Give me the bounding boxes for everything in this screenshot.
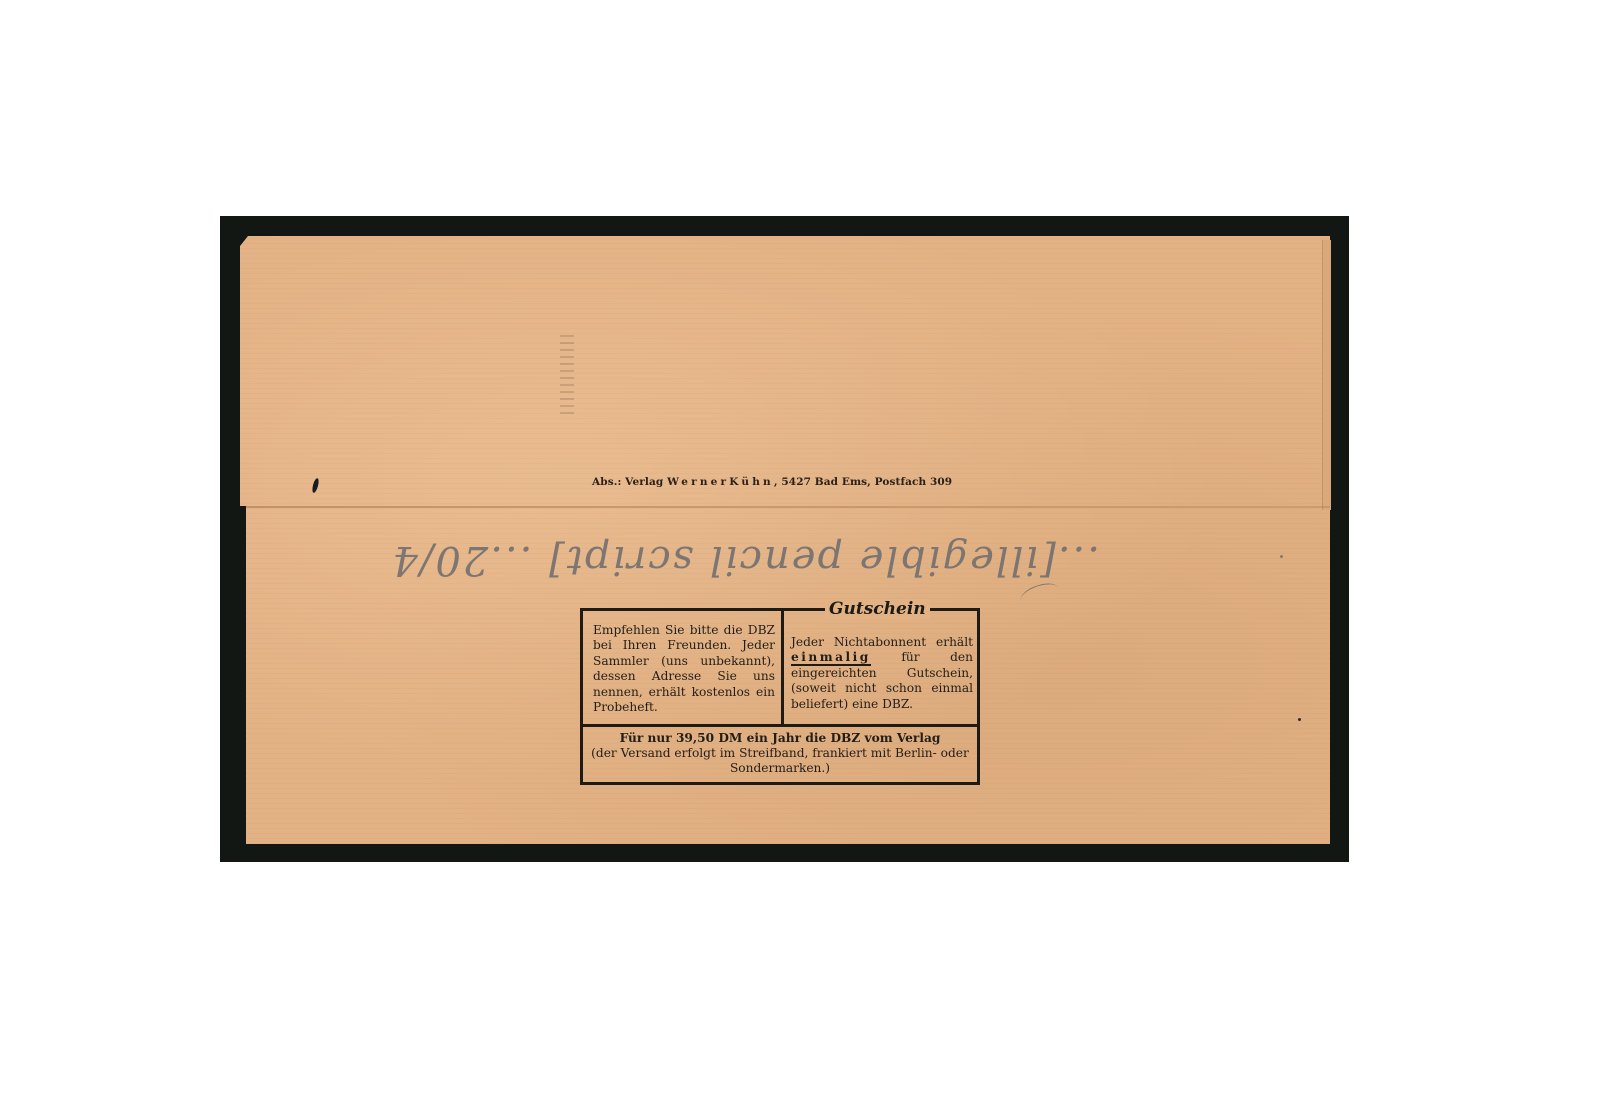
coupon-offer-text-start: Jeder Nichtabonnent erhält — [791, 635, 973, 649]
subscription-price-line: Für nur 39,50 DM ein Jahr die DBZ vom Ve… — [583, 731, 977, 746]
sender-prefix: Abs.: Verlag — [592, 476, 667, 488]
gutschein-coupon-box: Empfehlen Sie bitte die DBZ bei Ihren Fr… — [580, 608, 980, 785]
ink-speck — [1298, 718, 1301, 721]
handwriting-text: ...[illegible pencil script] ...20/4 — [390, 537, 1100, 583]
handwritten-pencil-note: ...[illegible pencil script] ...20/4 — [380, 520, 1100, 600]
coupon-emphasis: einmalig — [791, 650, 871, 666]
fold-line — [240, 506, 1330, 508]
coupon-title: Gutschein — [825, 599, 930, 619]
sender-suffix: , 5427 Bad Ems, Postfach 309 — [774, 476, 952, 488]
folded-right-strip — [1322, 240, 1331, 510]
coupon-divider — [781, 611, 784, 727]
coupon-top-row: Empfehlen Sie bitte die DBZ bei Ihren Fr… — [583, 611, 977, 727]
coupon-recommend-text: Empfehlen Sie bitte die DBZ bei Ihren Fr… — [593, 623, 775, 715]
ink-speck — [1280, 555, 1283, 558]
sender-address: Abs.: Verlag WernerKühn, 5427 Bad Ems, P… — [592, 476, 952, 488]
faint-postmark-trace — [560, 335, 574, 415]
sender-name: WernerKühn — [667, 476, 774, 488]
shipping-note: (der Versand erfolgt im Streifband, fran… — [583, 746, 977, 776]
coupon-subscription-offer: Für nur 39,50 DM ein Jahr die DBZ vom Ve… — [583, 731, 977, 776]
lower-flap-left-edge — [238, 506, 246, 844]
coupon-offer-text: Jeder Nichtabonnent erhält einmalig für … — [791, 635, 973, 712]
